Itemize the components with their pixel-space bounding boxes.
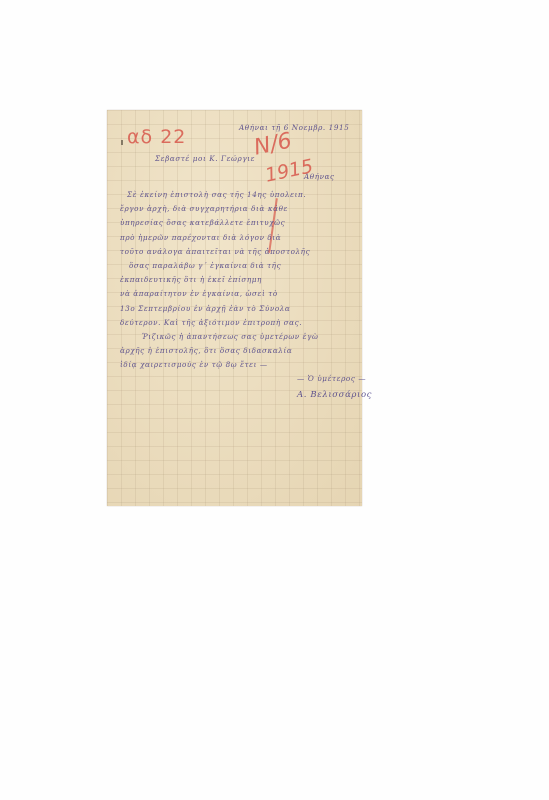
letter-body-line: 13ο Σεπτεμβρίου ἐν ἀρχῇ ἐὰν τὸ Σύνολα xyxy=(120,304,290,313)
letter-body-line: ἀρχῆς ἡ ἐπιστολῆς, ὅτι ὅσας διδασκαλία xyxy=(120,346,292,355)
letter-body-line: δεύτερον. Καὶ τῆς ἀξιότιμον ἐπιτροπὴ σας… xyxy=(120,318,302,327)
letter-body-line: νὰ ἀπαραίτητον ἐν ἐγκαίνια, ὡσεὶ τὸ xyxy=(120,289,278,298)
scanned-page: αδ 22 Ν/6 1915 Αθήναι τῇ 6 Νοεμβρ. 1915 … xyxy=(0,0,549,800)
letter-paper: αδ 22 Ν/6 1915 Αθήναι τῇ 6 Νοεμβρ. 1915 … xyxy=(107,110,362,506)
letter-body-line: ὅσας παραλάβω γ´ ἐγκαίνια διὰ τῆς xyxy=(129,261,281,270)
letter-signature: Α. Βελισσάριος xyxy=(297,390,372,400)
letter-body-line: τοῦτο ανάλογα ἀπαιτεῖται νὰ τῆς ἀποστολῆ… xyxy=(120,247,310,256)
archival-reference-number: αδ 22 xyxy=(127,126,186,148)
letter-body-line: ὑπηρεσίας ὅσας κατεβάλλετε ἐπιτυχῶς xyxy=(120,218,285,227)
letter-body-line: Σὲ ἐκείνη ἐπιστολὴ σας τῆς 14ης ὑπολειπ. xyxy=(127,190,306,199)
letter-body-line: ἔργον ἀρχὴ, διὰ συγχαρητήρια διὰ κάθε xyxy=(120,204,288,213)
archival-scrawl-top: Ν/6 xyxy=(252,128,294,160)
archival-scrawl-year: 1915 xyxy=(263,155,315,187)
letter-date: Αθήναι τῇ 6 Νοεμβρ. 1915 xyxy=(239,123,349,132)
letter-body-line: ἰδίᾳ χαιρετισμούς ἐν τῷ 8ῳ ἔτει — xyxy=(120,360,268,369)
letter-body-line: Ῥιζικῶς ἡ ἀπαντήσεως σας ὑμετέρων ἐγὼ xyxy=(142,332,318,341)
letter-body-line: πρὸ ἡμερῶν παρέχονται διὰ λόγον διὰ xyxy=(120,233,281,242)
letter-valediction: — Ὁ ὑμέτερος — xyxy=(297,374,366,383)
letter-body-line: ἐκπαιδευτικῆς ὅτι ἡ ἐκεῖ ἐπίσημη xyxy=(120,275,262,284)
letter-place: Αθήνας xyxy=(304,172,335,181)
letter-addressee: Σεβαστέ μοι Κ. Γεώργιε xyxy=(155,154,255,163)
paper-mark xyxy=(121,140,123,145)
